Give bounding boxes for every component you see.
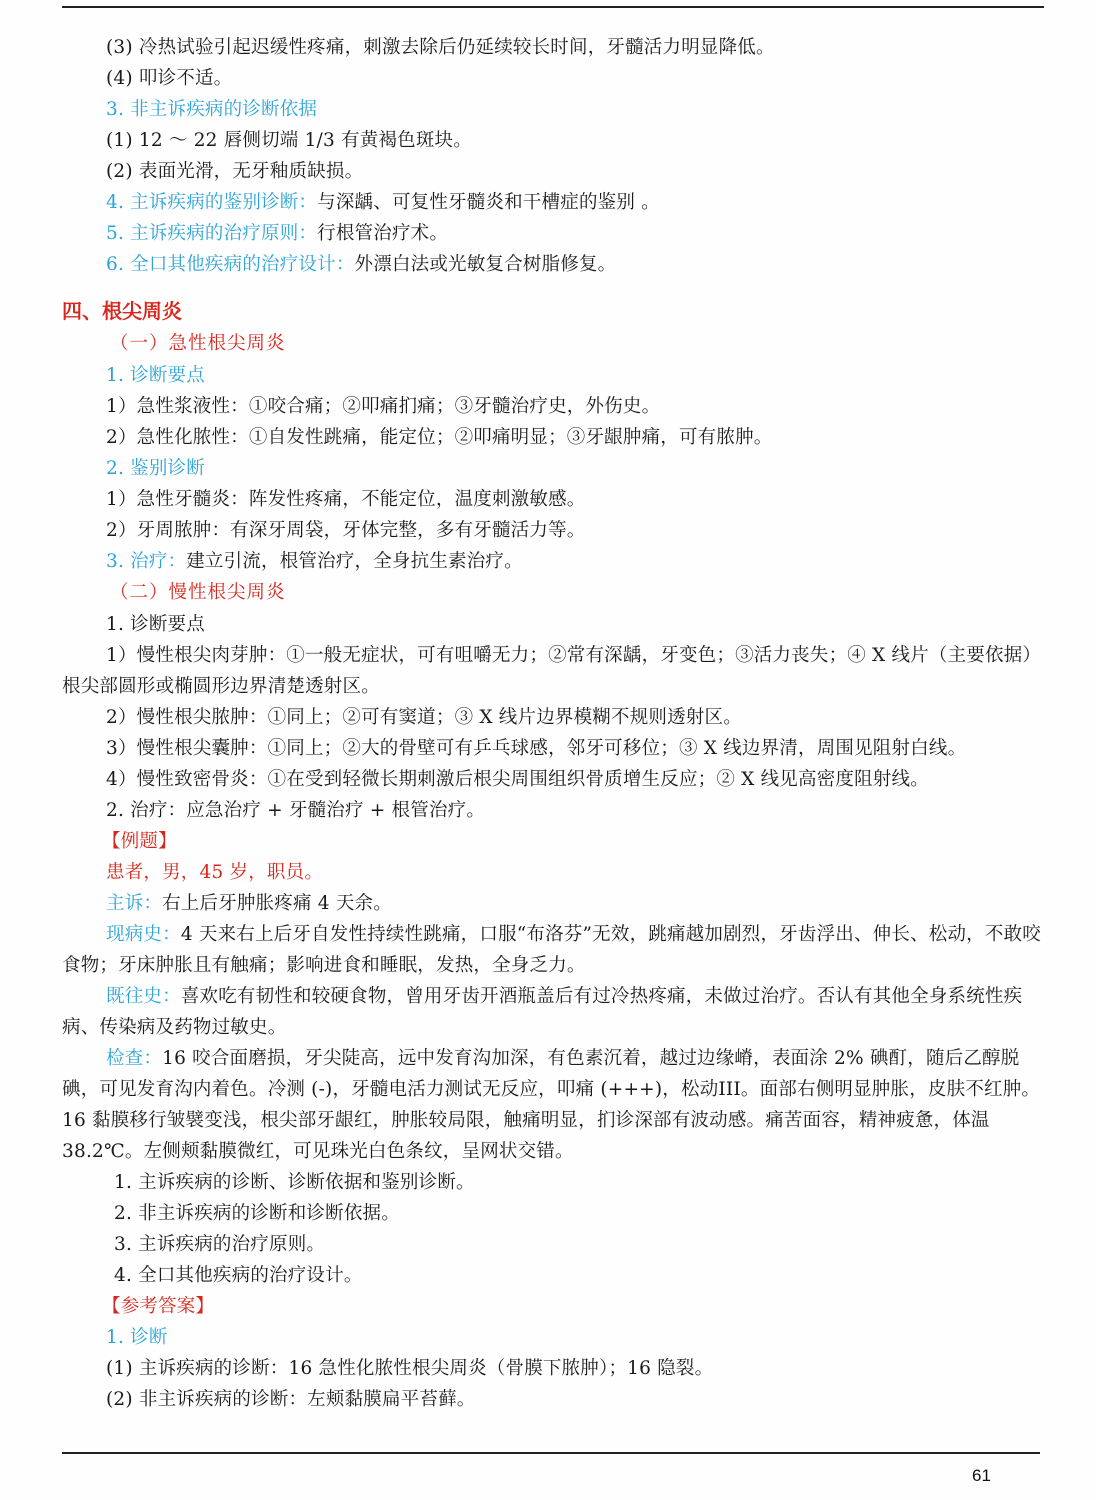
question-item: 3. 主诉疾病的治疗原则。: [62, 1229, 1042, 1260]
item-text: 行根管治疗术。: [317, 223, 448, 244]
item-label: 主诉：: [106, 893, 162, 914]
question-item: 4. 全口其他疾病的治疗设计。: [62, 1260, 1042, 1291]
item-label: 检查：: [106, 1048, 162, 1069]
list-item: 1）急性浆液性：①咬合痛；②叩痛扪痛；③牙髓治疗史，外伤史。: [62, 391, 1042, 422]
answer-heading: 【参考答案】: [62, 1291, 1042, 1322]
subsection-title: （二）慢性根尖周炎: [62, 577, 1042, 609]
item-text: 与深龋、可复性牙髓炎和干槽症的鉴别 。: [317, 192, 660, 213]
item-text: 4 天来右上后牙自发性持续性跳痛，口服“布洛芬”无效，跳痛越加剧烈，牙齿浮出、伸…: [62, 924, 1041, 976]
list-item: (1) 主诉疾病的诊断：16 急性化脓性根尖周炎（骨膜下脓肿）；16 隐裂。: [62, 1353, 1042, 1384]
summary-item: 6. 全口其他疾病的治疗设计：外漂白法或光敏复合树脂修复。: [62, 249, 1042, 280]
question-item: 1. 主诉疾病的诊断、诊断依据和鉴别诊断。: [62, 1167, 1042, 1198]
section-heading: 1. 诊断要点: [62, 609, 1042, 640]
list-item: 1）慢性根尖肉芽肿：①一般无症状，可有咀嚼无力；②常有深龋，牙变色；③活力丧失；…: [62, 640, 1042, 702]
item-label: 6. 全口其他疾病的治疗设计：: [106, 254, 355, 275]
item-text: 外漂白法或光敏复合树脂修复。: [355, 254, 617, 275]
list-item: 3）慢性根尖囊肿：①同上；②大的骨壁可有乒乓球感，邻牙可移位；③ X 线边界清，…: [62, 733, 1042, 764]
item-label: 5. 主诉疾病的治疗原则：: [106, 223, 317, 244]
item-text: 16 咬合面磨损，牙尖陡高，远中发育沟加深，有色素沉着，越过边缘嵴，表面涂 2%…: [62, 1048, 1040, 1162]
treatment-item: 2. 治疗：应急治疗 + 牙髓治疗 + 根管治疗。: [62, 795, 1042, 826]
list-item: 4）慢性致密骨炎：①在受到轻微长期刺激后根尖周围组织骨质增生反应；② X 线见高…: [62, 764, 1042, 795]
question-item: 2. 非主诉疾病的诊断和诊断依据。: [62, 1198, 1042, 1229]
list-item: 2）急性化脓性：①自发性跳痛，能定位；②叩痛明显；③牙龈肿痛，可有脓肿。: [62, 422, 1042, 453]
page-content: (3) 冷热试验引起迟缓性疼痛，刺激去除后仍延续较长时间，牙髓活力明显降低。 (…: [62, 32, 1042, 1415]
item-label: 4. 主诉疾病的鉴别诊断：: [106, 192, 317, 213]
list-item: 1）急性牙髓炎：阵发性疼痛，不能定位，温度刺激敏感。: [62, 484, 1042, 515]
item-label: 3. 治疗：: [106, 551, 186, 572]
examination: 检查：16 咬合面磨损，牙尖陡高，远中发育沟加深，有色素沉着，越过边缘嵴，表面涂…: [62, 1043, 1042, 1167]
section-heading: 1. 诊断要点: [62, 360, 1042, 391]
section-heading: 3. 非主诉疾病的诊断依据: [62, 94, 1042, 125]
item-label: 既往史：: [106, 986, 181, 1007]
past-history: 既往史：喜欢吃有韧性和较硬食物，曾用牙齿开酒瓶盖后有过冷热疼痛，未做过治疗。否认…: [62, 981, 1042, 1043]
list-item: 2）牙周脓肿：有深牙周袋，牙体完整，多有牙髓活力等。: [62, 515, 1042, 546]
item-text: 右上后牙肿胀疼痛 4 天余。: [162, 893, 392, 914]
chief-complaint: 主诉：右上后牙肿胀疼痛 4 天余。: [62, 888, 1042, 919]
item-label: 现病史：: [106, 924, 181, 945]
item-text: 建立引流，根管治疗，全身抗生素治疗。: [186, 551, 523, 572]
summary-item: 5. 主诉疾病的治疗原则：行根管治疗术。: [62, 218, 1042, 249]
section-title: 四、根尖周炎: [62, 294, 1042, 328]
list-item: 2）慢性根尖脓肿：①同上；②可有窦道；③ X 线片边界模糊不规则透射区。: [62, 702, 1042, 733]
footer-rule: [62, 1452, 1040, 1454]
summary-item: 4. 主诉疾病的鉴别诊断：与深龋、可复性牙髓炎和干槽症的鉴别 。: [62, 187, 1042, 218]
list-item: (3) 冷热试验引起迟缓性疼痛，刺激去除后仍延续较长时间，牙髓活力明显降低。: [62, 32, 1042, 63]
list-item: (4) 叩诊不适。: [62, 63, 1042, 94]
list-item: (2) 非主诉疾病的诊断：左颊黏膜扁平苔藓。: [62, 1384, 1042, 1415]
example-heading: 【例题】: [62, 826, 1042, 857]
header-rule: [62, 6, 1044, 8]
treatment-item: 3. 治疗：建立引流，根管治疗，全身抗生素治疗。: [62, 546, 1042, 577]
document-page: (3) 冷热试验引起迟缓性疼痛，刺激去除后仍延续较长时间，牙髓活力明显降低。 (…: [0, 0, 1096, 1500]
section-heading: 2. 鉴别诊断: [62, 453, 1042, 484]
subsection-title: （一）急性根尖周炎: [62, 328, 1042, 360]
section-heading: 1. 诊断: [62, 1322, 1042, 1353]
patient-info: 患者，男，45 岁，职员。: [62, 857, 1042, 888]
page-number: 61: [972, 1466, 991, 1486]
list-item: (1) 12 ～ 22 唇侧切端 1/3 有黄褐色斑块。: [62, 125, 1042, 156]
item-text: 喜欢吃有韧性和较硬食物，曾用牙齿开酒瓶盖后有过冷热疼痛，未做过治疗。否认有其他全…: [62, 986, 1022, 1038]
list-item: (2) 表面光滑，无牙釉质缺损。: [62, 156, 1042, 187]
present-history: 现病史：4 天来右上后牙自发性持续性跳痛，口服“布洛芬”无效，跳痛越加剧烈，牙齿…: [62, 919, 1042, 981]
